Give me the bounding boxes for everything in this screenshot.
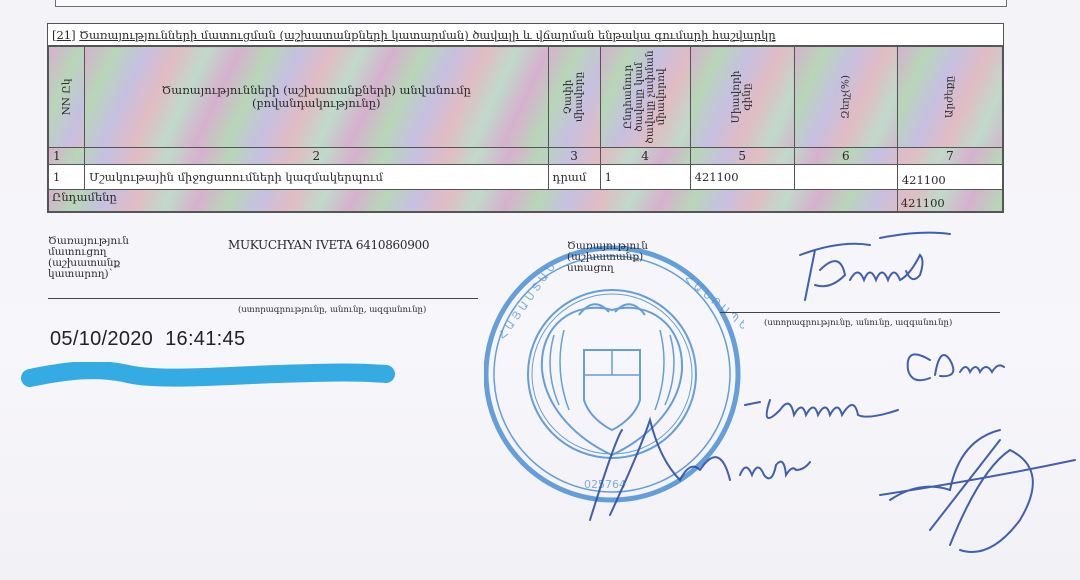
row-amount: 421100 [897,165,1002,190]
row-no: 1 [49,165,85,190]
row-service-name: Մշակութային միջոցառումների կազմակերպում [85,165,548,190]
signature-3-icon [745,400,898,418]
timestamp-date: 05/10/2020 [50,328,153,350]
header-quantity: Ընդհանուր ծավալը կամ ծավալը չափման միավո… [600,47,690,148]
column-number-row: 1 2 3 4 5 6 7 [49,148,1003,165]
row-discount [794,165,897,190]
row-unit-price: 421100 [690,165,794,190]
col-num: 2 [85,148,548,165]
svg-text:Հ Ա Ն Ր Ա Պ Ե Տ: Հ Ա Ն Ր Ա Պ Ե Տ [682,272,744,339]
timestamp: 05/10/202016:41:45 [50,328,245,351]
svg-text:025764: 025764 [584,478,626,491]
header-unit: Չափի միավորը [548,47,600,148]
signature-1-icon [800,233,950,300]
section-number: [21] [52,28,76,42]
header-amount: Արժեքը [897,47,1002,148]
row-unit: դրամ [548,165,600,190]
provider-signature-line [48,298,478,299]
services-calculation-table: [21] Ծառայությունների մատուցման (աշխատան… [47,23,1004,213]
signature-5-icon [880,430,1075,552]
section-title: Ծառայությունների մատուցման (աշխատանքների… [79,28,775,42]
table-row: 1 Մշակութային միջոցառումների կազմակերպու… [49,165,1003,190]
col-num: 3 [548,148,600,165]
receiver-signature-hint: (ստորագրությունը, անունը, ազգանունը) [764,318,952,328]
total-value: 421100 [897,190,1002,212]
header-service-name: Ծառայությունների (աշխատանքների) անվանում… [85,47,548,148]
signature-2-icon [908,354,1004,380]
col-num: 6 [794,148,897,165]
header-unit-price: Միավորի գինը [690,47,794,148]
previous-section-box [55,0,1007,7]
section-caption: [21] Ծառայությունների մատուցման (աշխատան… [48,24,1003,46]
col-num: 7 [897,148,1002,165]
col-num: 1 [49,148,85,165]
receiver-label: Ծառայություն (աշխատանք) ստացող [567,241,677,274]
provider-signature-hint: (ստորագրությունը, անունը, ազգանունը) [238,305,426,315]
header-discount: Զեղչ(%) [794,47,897,148]
svg-text:Հ Ա Յ Ա Ս Տ Ա Ն: Հ Ա Յ Ա Ս Տ Ա Ն [496,261,558,342]
col-num: 4 [600,148,690,165]
total-row: Ընդամենը 421100 [49,190,1003,212]
row-quantity: 1 [600,165,690,190]
receiver-signature-line [720,312,1000,313]
provider-label: Ծառայություն մատուցող (աշխատանք կատարող)… [48,236,168,280]
col-num: 5 [690,148,794,165]
official-stamp-icon: Հ Ա Յ Ա Ս Տ Ա Ն Հ Ա Ն Ր Ա Պ Ե Տ 025764 [484,240,744,510]
header-no: NN Ըկ [49,47,85,148]
redaction-scribble [18,362,398,392]
total-label: Ընդամենը [49,190,898,212]
timestamp-time: 16:41:45 [165,328,245,350]
provider-name: MUKUCHYAN IVETA 6410860900 [228,238,429,252]
